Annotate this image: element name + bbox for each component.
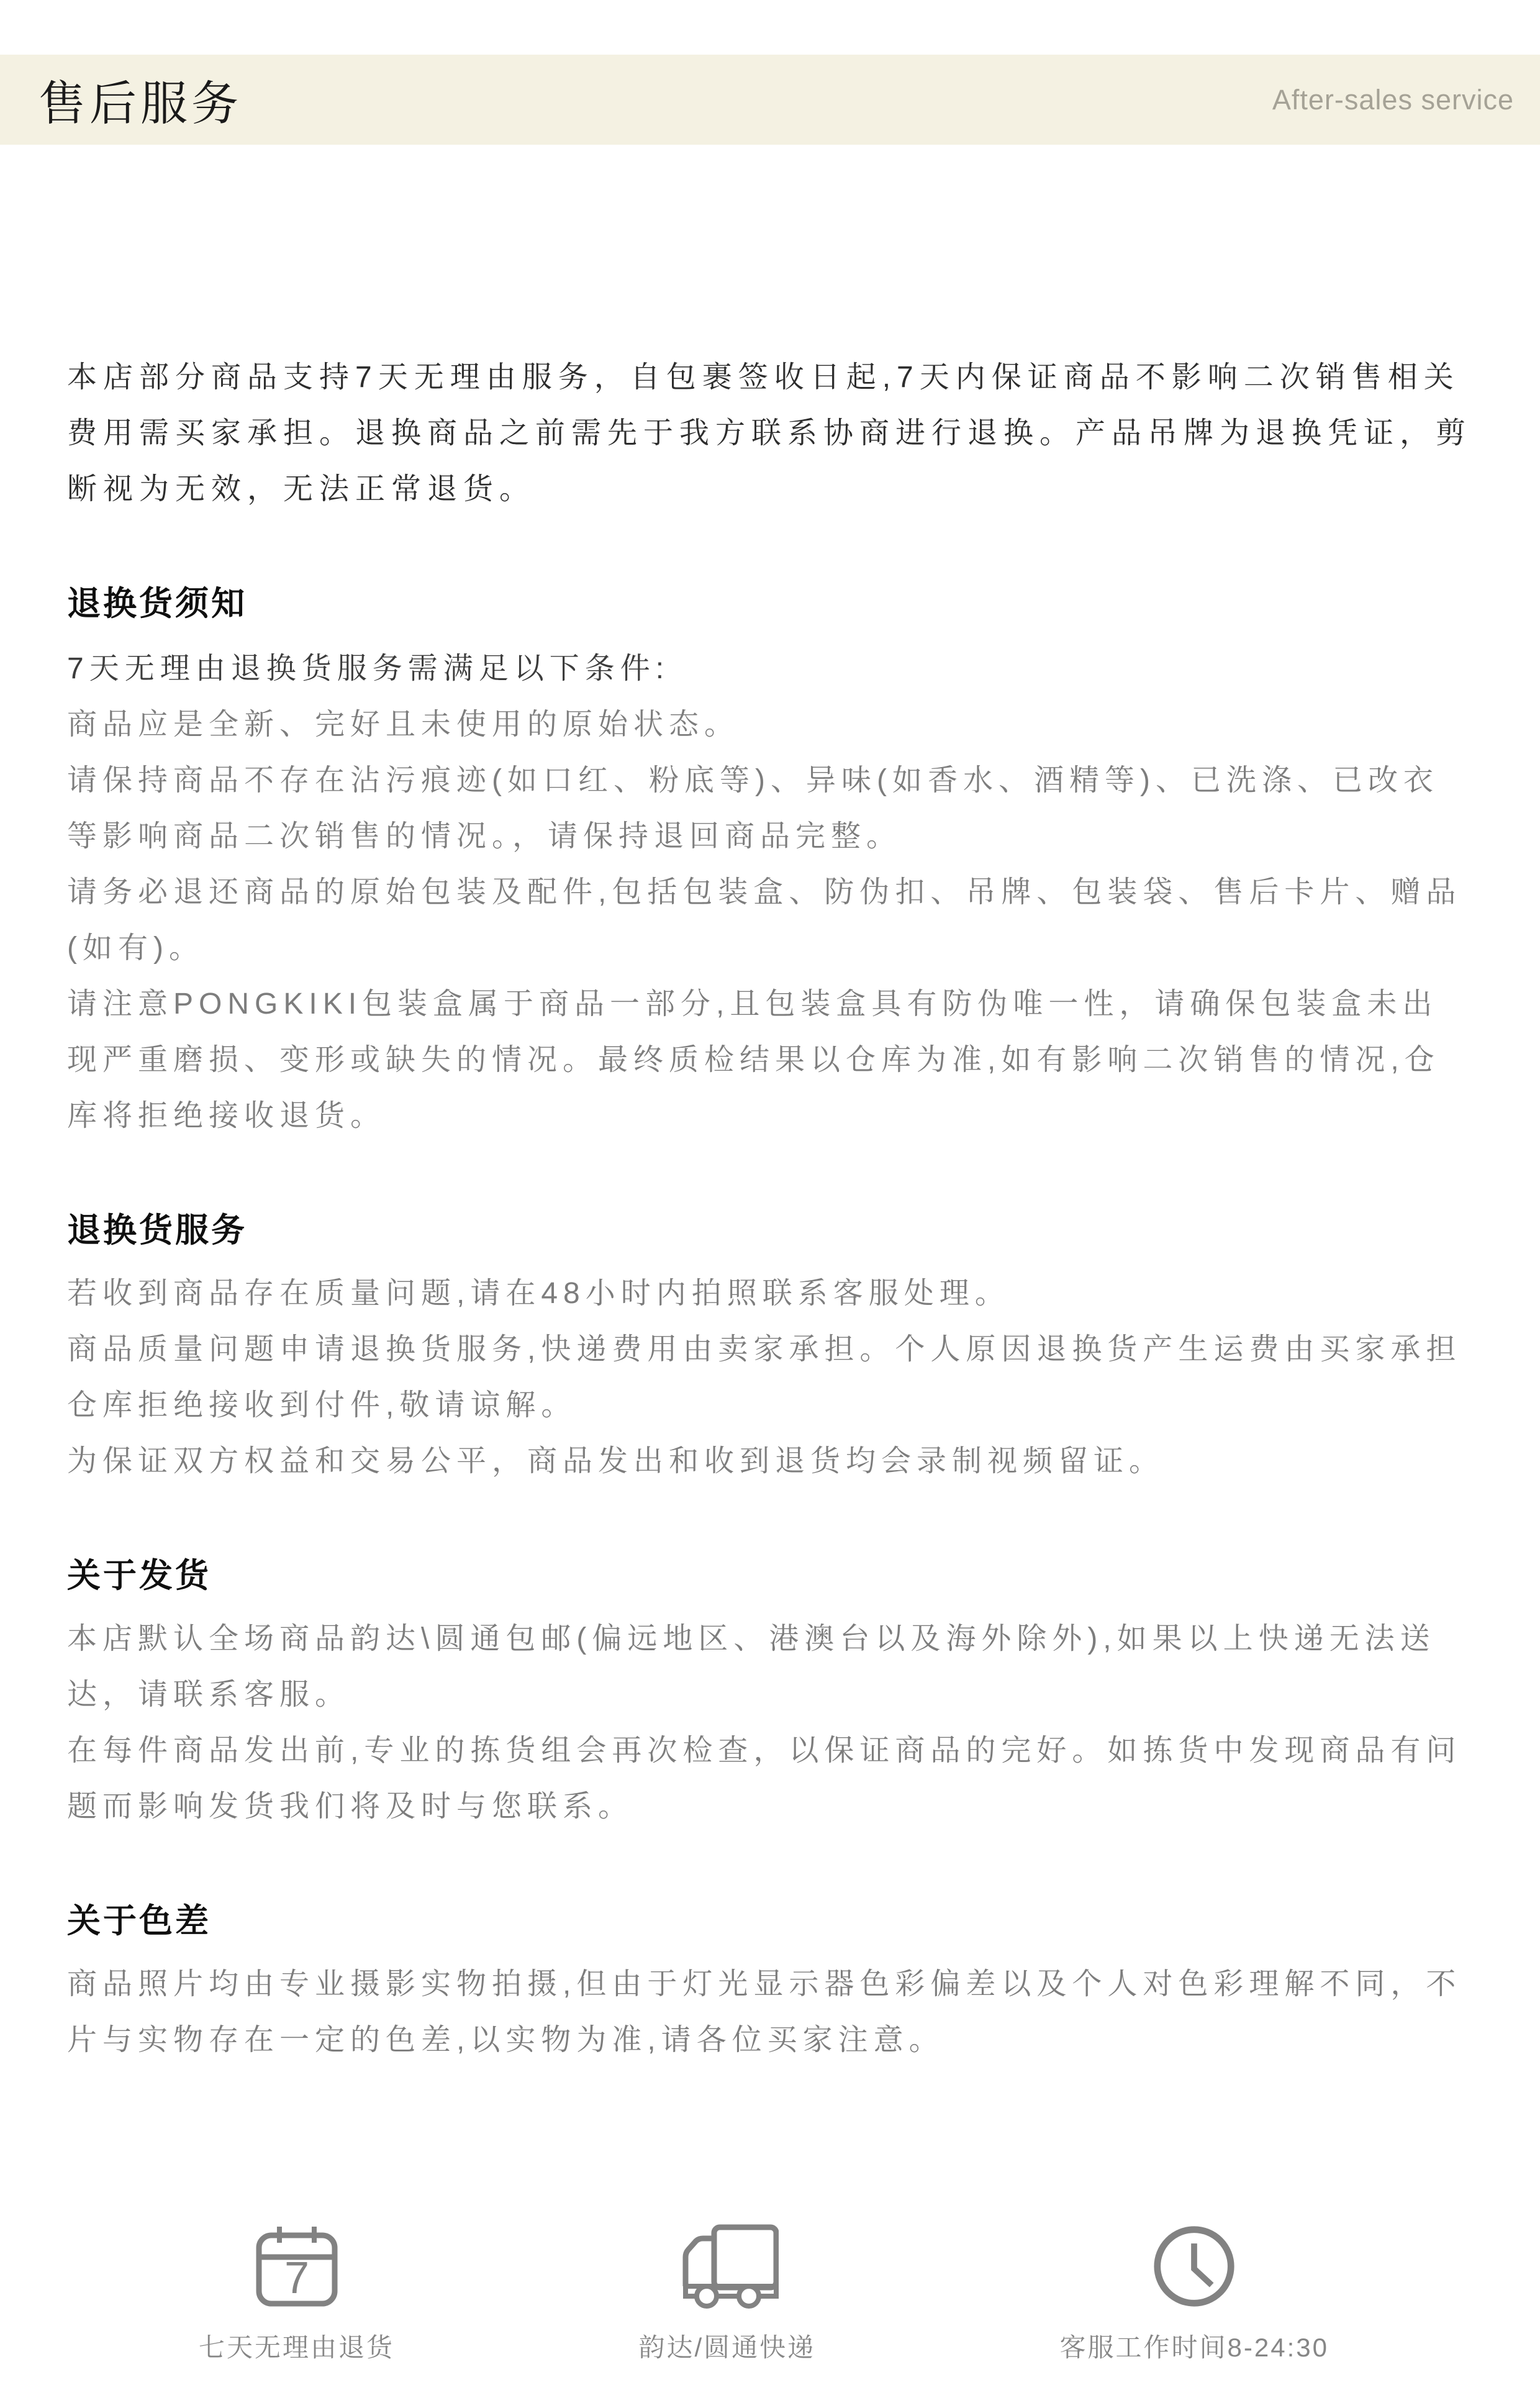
section-heading-return-notice: 退换货须知 xyxy=(67,582,1472,625)
service-item-label: 韵达/圆通快递 xyxy=(638,2332,815,2364)
policy-paragraph: 本店默认全场商品韵达\圆通包邮(偏远地区、港澳台以及海外除外),如果以上快递无法… xyxy=(67,1611,1472,1723)
policy-paragraph: 请注意PONGKIKI包装盒属于商品一部分,且包装盒具有防伪唯一性，请确保包装盒… xyxy=(67,976,1472,1144)
section-heading-shipping: 关于发货 xyxy=(67,1554,1472,1597)
policy-paragraph: 在每件商品发出前,专业的拣货组会再次检查，以保证商品的完好。如拣货中发现商品有问… xyxy=(67,1723,1472,1835)
after-sales-content: 本店部分商品支持7天无理由服务，自包裹签收日起,7天内保证商品不影响二次销售相关… xyxy=(0,350,1540,2068)
service-item-label: 客服工作时间8-24:30 xyxy=(1060,2332,1329,2364)
policy-paragraph: 请务必退还商品的原始包装及配件,包括包装盒、防伪扣、吊牌、包装袋、售后卡片、赠品… xyxy=(67,865,1472,976)
section-color-difference: 关于色差 商品照片均由专业摄影实物拍摄,但由于灯光显示器色彩偏差以及个人对色彩理… xyxy=(67,1899,1472,2068)
section-lead: 7天无理由退换货服务需满足以下条件: xyxy=(67,641,1472,697)
policy-paragraph: 商品质量问题申请退换货服务,快递费用由卖家承担。个人原因退换货产生运费由买家承担… xyxy=(67,1322,1472,1433)
policy-paragraph: 商品应是全新、完好且未使用的原始状态。 xyxy=(67,697,1472,753)
service-item-label: 七天无理由退货 xyxy=(199,2332,394,2364)
policy-paragraph: 商品照片均由专业摄影实物拍摄,但由于灯光显示器色彩偏差以及个人对色彩理解不同，不… xyxy=(67,1956,1472,2068)
section-return-notice: 退换货须知 7天无理由退换货服务需满足以下条件: 商品应是全新、完好且未使用的原… xyxy=(67,582,1472,1144)
section-return-service: 退换货服务 若收到商品存在质量问题,请在48小时内拍照联系客服处理。 商品质量问… xyxy=(67,1209,1472,1489)
section-heading-color-difference: 关于色差 xyxy=(67,1899,1472,1943)
policy-paragraph: 请保持商品不存在沾污痕迹(如口红、粉底等)、异味(如香水、酒精等)、已洗涤、已改… xyxy=(67,753,1472,865)
clock-icon xyxy=(1152,2224,1236,2309)
page-subtitle-en: After-sales service xyxy=(1272,84,1514,116)
policy-paragraph: 为保证双方权益和交易公平，商品发出和收到退货均会录制视频留证。 xyxy=(67,1433,1472,1489)
calendar-digit: 7 xyxy=(284,2253,309,2303)
service-item-hours: 客服工作时间8-24:30 xyxy=(1060,2224,1329,2364)
service-item-courier: 韵达/圆通快递 xyxy=(638,2224,815,2364)
section-shipping: 关于发货 本店默认全场商品韵达\圆通包邮(偏远地区、港澳台以及海外除外),如果以… xyxy=(67,1554,1472,1835)
page-title: 售后服务 xyxy=(38,66,242,134)
policy-paragraph: 若收到商品存在质量问题,请在48小时内拍照联系客服处理。 xyxy=(67,1266,1472,1322)
service-highlights: 7 七天无理由退货 韵达/圆通快递 客服工作时间8-24:30 xyxy=(0,2224,1540,2364)
page-header: 售后服务 After-sales service xyxy=(0,55,1540,145)
calendar-7-icon: 7 xyxy=(253,2224,340,2309)
service-item-7day-return: 7 七天无理由退货 xyxy=(199,2224,394,2364)
delivery-truck-icon xyxy=(676,2224,779,2309)
section-heading-return-service: 退换货服务 xyxy=(67,1209,1472,1252)
intro-paragraph: 本店部分商品支持7天无理由服务，自包裹签收日起,7天内保证商品不影响二次销售相关… xyxy=(67,350,1472,517)
